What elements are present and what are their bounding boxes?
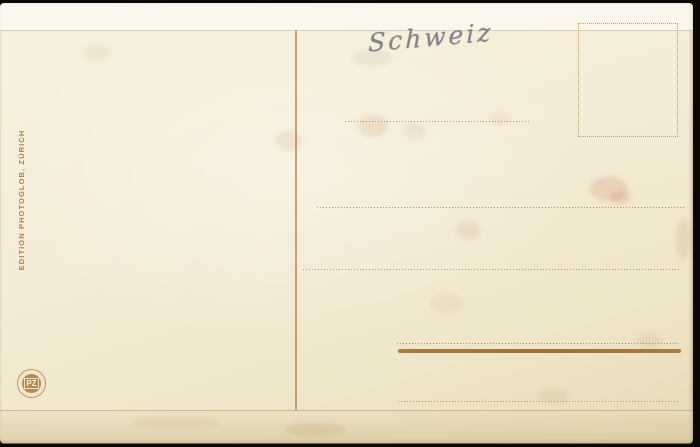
stain bbox=[456, 221, 480, 239]
address-line-5 bbox=[398, 401, 678, 402]
stain bbox=[276, 131, 302, 151]
pz-publisher-logo: PZ bbox=[17, 369, 46, 398]
stain bbox=[404, 123, 426, 139]
pz-logo-monogram: PZ bbox=[24, 378, 38, 389]
postcard-bottom-edge-band bbox=[0, 410, 693, 444]
stain bbox=[538, 389, 568, 402]
stamp-box bbox=[578, 23, 678, 137]
stain bbox=[610, 191, 630, 204]
center-divider-line bbox=[295, 30, 297, 410]
address-line-4 bbox=[397, 343, 677, 344]
stain bbox=[490, 113, 510, 126]
postcard-scan-background: EDITION PHOTOGLOB, ZÜRICH Schweiz PZ bbox=[0, 0, 700, 447]
stain bbox=[84, 45, 110, 60]
address-line-2 bbox=[317, 207, 684, 208]
stain bbox=[352, 50, 392, 66]
stain bbox=[130, 417, 220, 428]
pz-logo-disc: PZ bbox=[22, 374, 41, 393]
stain bbox=[636, 333, 662, 348]
address-line-3 bbox=[303, 269, 681, 270]
stain bbox=[358, 115, 388, 137]
stain bbox=[676, 218, 691, 260]
stain bbox=[285, 423, 345, 436]
stain bbox=[430, 293, 464, 313]
thick-rule-line bbox=[398, 349, 681, 353]
publisher-imprint: EDITION PHOTOGLOB, ZÜRICH bbox=[17, 122, 31, 278]
postcard-back: EDITION PHOTOGLOB, ZÜRICH Schweiz PZ bbox=[0, 3, 693, 443]
